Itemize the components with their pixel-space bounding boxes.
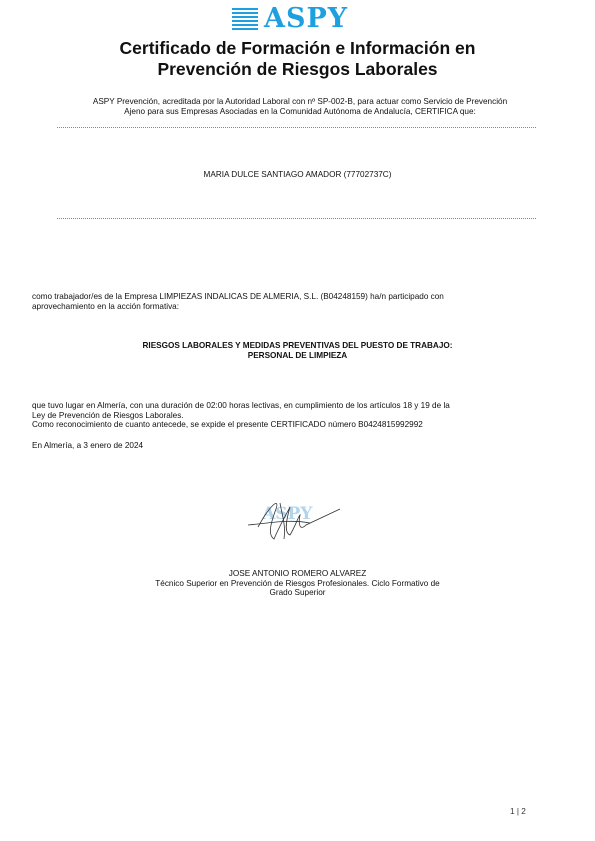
certificate-title: Certificado de Formación e Información e…: [0, 38, 595, 80]
intro-line-2: Ajeno para sus Empresas Asociadas en la …: [40, 107, 560, 117]
worker-name: MARIA DULCE SANTIAGO AMADOR (77702737C): [0, 170, 595, 179]
details-line-1: que tuvo lugar en Almería, con una durac…: [32, 401, 562, 411]
aspy-lines-icon: [232, 7, 258, 29]
signature-stamp-icon: ASPY: [240, 495, 350, 545]
title-line-1: Certificado de Formación e Información e…: [0, 38, 595, 59]
aspy-logo: ASPY: [232, 2, 372, 34]
logo-text: ASPY: [264, 5, 348, 32]
course-line-2: PERSONAL DE LIMPIEZA: [0, 351, 595, 361]
place-date: En Almería, a 3 enero de 2024: [32, 441, 562, 451]
signer-title-line-2: Grado Superior: [0, 588, 595, 598]
company-paragraph: como trabajador/es de la Empresa LIMPIEZ…: [32, 292, 562, 311]
signer-title-line-1: Técnico Superior en Prevención de Riesgo…: [0, 579, 595, 589]
page-number: 1 | 2: [510, 807, 526, 816]
intro-paragraph: ASPY Prevención, acreditada por la Autor…: [40, 97, 560, 116]
title-line-2: Prevención de Riesgos Laborales: [0, 59, 595, 80]
company-line-2: aprovechamiento en la acción formativa:: [32, 302, 562, 312]
company-line-1: como trabajador/es de la Empresa LIMPIEZ…: [32, 292, 562, 302]
dotted-separator-top: [57, 127, 536, 128]
signature: ASPY: [240, 495, 350, 545]
course-line-1: RIESGOS LABORALES Y MEDIDAS PREVENTIVAS …: [0, 341, 595, 351]
details-line-2: Ley de Prevención de Riesgos Laborales.: [32, 411, 562, 421]
dotted-separator-bottom: [57, 218, 536, 219]
signer-block: JOSE ANTONIO ROMERO ALVAREZ Técnico Supe…: [0, 569, 595, 598]
details-line-3: Como reconocimiento de cuanto antecede, …: [32, 420, 562, 430]
signer-name: JOSE ANTONIO ROMERO ALVAREZ: [0, 569, 595, 579]
details-paragraph: que tuvo lugar en Almería, con una durac…: [32, 401, 562, 430]
intro-line-1: ASPY Prevención, acreditada por la Autor…: [40, 97, 560, 107]
course-title: RIESGOS LABORALES Y MEDIDAS PREVENTIVAS …: [0, 341, 595, 360]
